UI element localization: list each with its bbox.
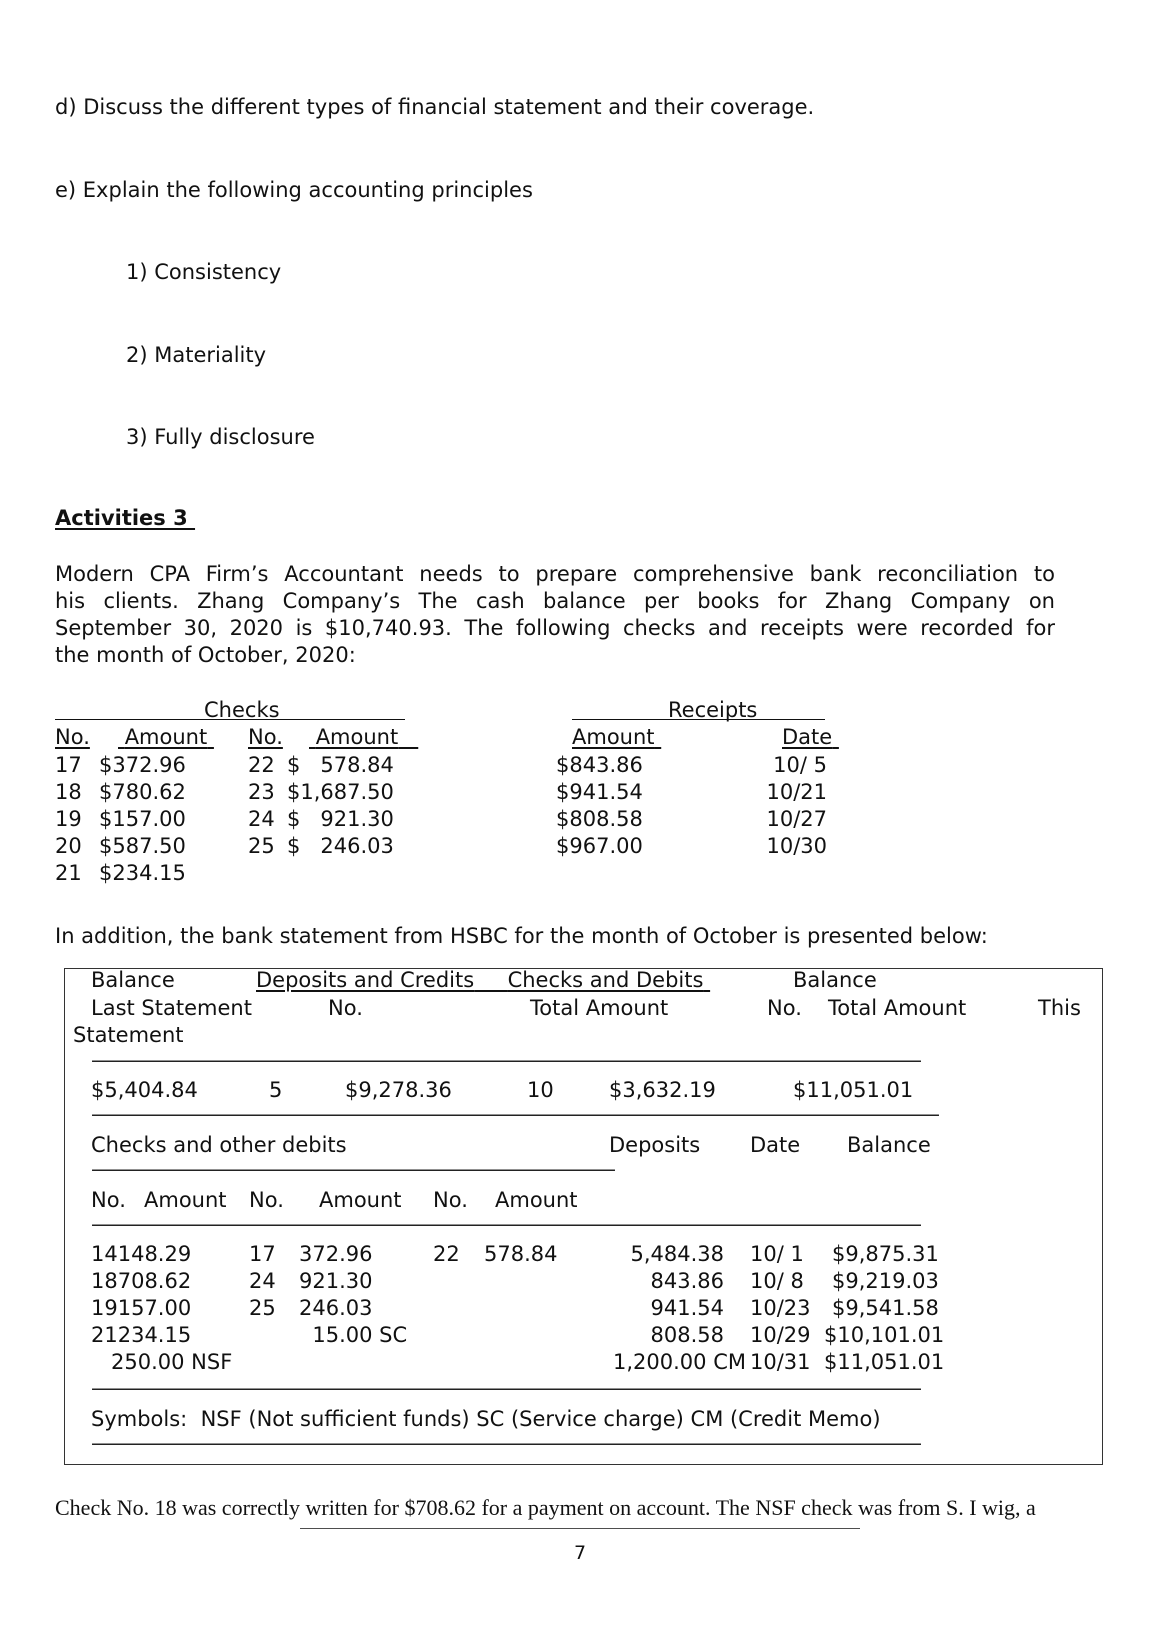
check-no: 20 xyxy=(55,836,82,857)
hdr-deposits-credits: Deposits and Credits Checks and Debits xyxy=(256,970,710,991)
check-amount: $780.62 xyxy=(99,782,186,803)
receipt-date: 10/ 5 xyxy=(773,755,827,776)
statement-date: 10/ 8 xyxy=(750,1271,804,1292)
receipts-title: Receipts xyxy=(668,700,757,721)
hdr-total-2: Total Amount xyxy=(828,998,966,1019)
hdr-balance: Balance xyxy=(91,970,175,991)
statement-date: 10/31 xyxy=(750,1352,811,1373)
deposit-amount: 808.58 xyxy=(651,1325,724,1346)
statement-date: 10/23 xyxy=(750,1298,811,1319)
summary-chk-no: 10 xyxy=(527,1080,554,1101)
receipt-date: 10/21 xyxy=(766,782,827,803)
hdr-statement: Statement xyxy=(73,1025,184,1046)
debit-amount: 578.84 xyxy=(484,1244,557,1265)
debit-no: 17 xyxy=(249,1244,276,1265)
deposit-amount: 941.54 xyxy=(651,1298,724,1319)
debit-no: 24 xyxy=(249,1271,276,1292)
statement-balance: $11,051.01 xyxy=(824,1352,944,1373)
hdr-this: This xyxy=(1038,998,1081,1019)
paragraph-line: his clients. Zhang Company’s The cash ba… xyxy=(55,588,1055,615)
debit-amount: 372.96 xyxy=(299,1244,372,1265)
question-e: e) Explain the following accounting prin… xyxy=(55,180,533,201)
debit-no: 25 xyxy=(249,1298,276,1319)
hdr-no-2: No. xyxy=(767,998,802,1019)
hdr-text: Deposits and Credits xyxy=(256,968,474,992)
statement-date: 10/29 xyxy=(750,1325,811,1346)
question-d: d) Discuss the different types of financ… xyxy=(55,97,814,118)
col-hdr-amount-3: Amount xyxy=(495,1190,578,1211)
amount-text: Amount xyxy=(572,725,655,749)
amount-text: Amount xyxy=(125,725,208,749)
statement-balance: $9,875.31 xyxy=(832,1244,939,1265)
receipt-date: 10/27 xyxy=(766,809,827,830)
dash-divider: ————————————————————————————————————————… xyxy=(91,1433,919,1454)
col-header-amount-2: Amount xyxy=(309,727,418,748)
receipts-title-rule xyxy=(572,719,825,720)
check-amount: $ 921.30 xyxy=(287,809,394,830)
hdr-total-1: Total Amount xyxy=(530,998,668,1019)
page-number: 7 xyxy=(574,1544,586,1563)
amount-text: Amount xyxy=(316,725,399,749)
principle-2: 2) Materiality xyxy=(126,345,266,366)
paragraph-line: Modern CPA Firm’s Accountant needs to pr… xyxy=(55,561,1055,588)
col-header-receipt-date: Date xyxy=(782,727,839,748)
deposit-amount: 1,200.00 CM xyxy=(613,1352,746,1373)
check-no: 23 xyxy=(248,782,275,803)
checks-title: Checks xyxy=(204,700,280,721)
col-header-no-2: No. xyxy=(248,727,283,748)
summary-last-balance: $5,404.84 xyxy=(91,1080,198,1101)
amount-label xyxy=(118,725,125,749)
statement-balance: $9,219.03 xyxy=(832,1271,939,1292)
deposit-amount: 5,484.38 xyxy=(630,1244,724,1265)
debit-no-amount: 250.00 NSF xyxy=(91,1352,232,1373)
hdr-last-statement: Last Statement xyxy=(91,998,252,1019)
receipt-date: 10/30 xyxy=(766,836,827,857)
check-no: 22 xyxy=(248,755,275,776)
summary-this-balance: $11,051.01 xyxy=(793,1080,913,1101)
check-amount: $ 246.03 xyxy=(287,836,394,857)
col-hdr-no-1: No. xyxy=(91,1190,126,1211)
date-text: Date xyxy=(782,725,832,749)
dash-divider: ————————————————————————————————————————… xyxy=(91,1050,919,1071)
paragraph-line: September 30, 2020 is $10,740.93. The fo… xyxy=(55,615,1055,642)
check-no: 24 xyxy=(248,809,275,830)
receipt-amount: $843.86 xyxy=(556,755,643,776)
debit-no-amount: 19157.00 xyxy=(91,1298,191,1319)
dash-divider: ————————————————————————————————————————… xyxy=(91,1104,937,1125)
deposit-amount: 843.86 xyxy=(651,1271,724,1292)
page-footer-rule xyxy=(300,1528,860,1529)
hdr-balance-2: Balance xyxy=(793,970,877,991)
check-no: 21 xyxy=(55,863,82,884)
receipt-amount: $967.00 xyxy=(556,836,643,857)
debit-amount: 15.00 SC xyxy=(299,1325,407,1346)
section-balance: Balance xyxy=(847,1135,931,1156)
hdr-checks-debits: Checks and Debits xyxy=(508,968,704,992)
check-amount: $157.00 xyxy=(99,809,186,830)
activity-heading: Activities 3 xyxy=(55,508,195,529)
debit-amount: 246.03 xyxy=(299,1298,372,1319)
section-date: Date xyxy=(750,1135,800,1156)
check-amount: $372.96 xyxy=(99,755,186,776)
statement-balance: $9,541.58 xyxy=(832,1298,939,1319)
col-hdr-no-3: No. xyxy=(433,1190,468,1211)
receipt-amount: $808.58 xyxy=(556,809,643,830)
check-amount: $1,687.50 xyxy=(287,782,394,803)
check-no: 18 xyxy=(55,782,82,803)
hdr-no-1: No. xyxy=(328,998,363,1019)
check-no: 25 xyxy=(248,836,275,857)
summary-dep-total: $9,278.36 xyxy=(345,1080,452,1101)
principle-1: 1) Consistency xyxy=(126,262,281,283)
paragraph-line: the month of October, 2020: xyxy=(55,642,1055,669)
statement-balance: $10,101.01 xyxy=(824,1325,944,1346)
check-amount: $587.50 xyxy=(99,836,186,857)
check-no: 17 xyxy=(55,755,82,776)
dash-divider: ————————————————————————————————————————… xyxy=(91,1378,919,1399)
statement-date: 10/ 1 xyxy=(750,1244,804,1265)
col-header-receipt-amount: Amount xyxy=(572,727,661,748)
col-header-amount: Amount xyxy=(118,727,214,748)
summary-dep-no: 5 xyxy=(269,1080,282,1101)
dash-divider: ————————————————————————————— xyxy=(91,1159,613,1180)
activity-paragraph: Modern CPA Firm’s Accountant needs to pr… xyxy=(55,561,1055,669)
bank-intro: In addition, the bank statement from HSB… xyxy=(55,926,988,947)
footer-paragraph: Check No. 18 was correctly written for $… xyxy=(55,1497,1036,1519)
debit-no-amount: 21234.15 xyxy=(91,1325,191,1346)
dash-divider: ————————————————————————————————————————… xyxy=(91,1214,919,1235)
check-no: 19 xyxy=(55,809,82,830)
summary-chk-total: $3,632.19 xyxy=(609,1080,716,1101)
debit-no: 22 xyxy=(433,1244,460,1265)
receipt-amount: $941.54 xyxy=(556,782,643,803)
col-hdr-no-2: No. xyxy=(249,1190,284,1211)
debit-no-amount: 18708.62 xyxy=(91,1271,191,1292)
debit-no-amount: 14148.29 xyxy=(91,1244,191,1265)
col-hdr-amount-2: Amount xyxy=(319,1190,402,1211)
check-amount: $234.15 xyxy=(99,863,186,884)
col-header-no: No. xyxy=(55,727,90,748)
principle-3: 3) Fully disclosure xyxy=(126,427,315,448)
section-checks-debits: Checks and other debits xyxy=(91,1135,347,1156)
checks-title-rule xyxy=(55,719,405,720)
symbols-legend: Symbols: NSF (Not sufficient funds) SC (… xyxy=(91,1409,881,1430)
col-hdr-amount-1: Amount xyxy=(144,1190,227,1211)
section-deposits: Deposits xyxy=(609,1135,700,1156)
check-amount: $ 578.84 xyxy=(287,755,394,776)
debit-amount: 921.30 xyxy=(299,1271,372,1292)
